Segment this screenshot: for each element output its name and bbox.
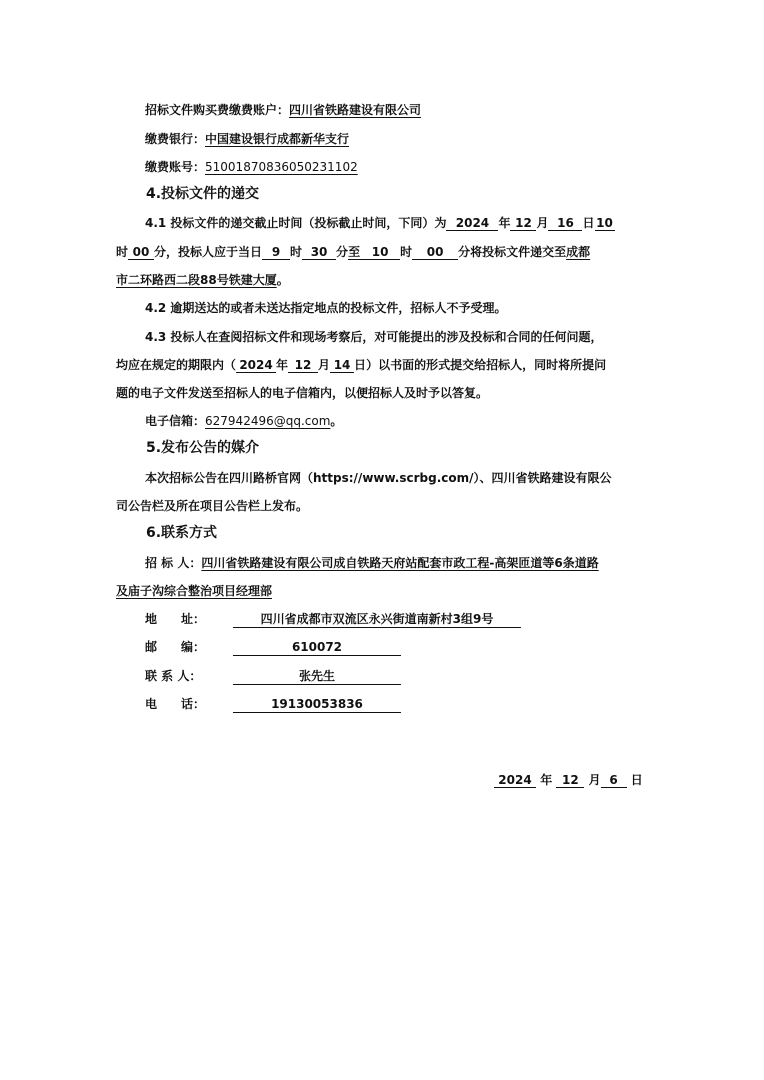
email-link[interactable]: 627942496@qq.com [205,414,330,428]
p41-to: 至 [348,245,360,259]
date-year-unit: 年 [540,773,552,787]
payment-bank-value: 中国建设银行成都新华支行 [205,132,349,146]
p41-start-hour: 9 [262,245,290,260]
p41-end-min: 00 [412,245,458,260]
p41-line3: 市二环路西二段88号铁建大厦。 [116,272,289,288]
p41-day: 16 [548,216,582,231]
p41-start-min: 30 [302,245,336,260]
p43-day: 14 [330,358,354,373]
p43-month: 12 [288,358,318,373]
signature-date: 2024 年 12 月6 日 [494,772,643,788]
p42: 4.2 逾期送达的或者未送达指定地点的投标文件，招标人不予受理。 [145,300,506,316]
person-label: 联 系 人： [145,668,233,684]
tenderer-value-2: 及庙子沟综合整治项目经理部 [116,584,272,598]
date-month-unit: 月 [589,773,601,787]
p41-month: 12 [510,216,536,231]
phone-label: 电 话： [145,696,233,712]
tenderer-label: 招 标 人： [145,556,201,570]
payment-account-line: 招标文件购买费缴费账户：四川省铁路建设有限公司 [145,102,421,118]
p41-end-hour: 10 [360,245,400,260]
p41-end: 。 [277,273,289,287]
p41-hour: 10 [595,216,615,231]
p43-month-unit: 月 [318,358,330,372]
p41-start-hour-unit: 时 [290,245,302,259]
p41-day-unit: 日 [582,216,594,230]
tenderer-line2: 及庙子沟综合整治项目经理部 [116,583,272,599]
p41-line2: 时00分，投标人应于当日9时30分至10时00分将投标文件递交至成都 [116,244,590,260]
contact-person: 联 系 人：张先生 [145,668,401,685]
phone-value: 19130053836 [233,696,401,713]
p41-month-unit: 月 [536,216,548,230]
section5-line1: 本次招标公告在四川路桥官网（https://www.scrbg.com/）、四川… [145,470,612,486]
p41-place-b: 市二环路西二段88号铁建大厦 [116,273,277,287]
p41-year: 2024 [446,216,498,231]
p43-year-unit: 年 [276,358,288,372]
address-value: 四川省成都市双流区永兴街道南新村3组9号 [233,611,521,628]
p43-day-unit: 日 [354,358,366,372]
contact-address: 地 址：四川省成都市双流区永兴街道南新村3组9号 [145,611,521,628]
p43-year: 2024 [236,358,276,373]
payment-number-line: 缴费账号：51001870836050231102 [145,159,358,175]
section5-heading: 5.发布公告的媒介 [146,440,259,456]
p41-line1: 4.1 投标文件的递交截止时间（投标截止时间，下同）为2024年12月16日10 [145,215,615,231]
section4-heading: 4.投标文件的递交 [146,186,259,202]
date-year: 2024 [494,773,536,788]
p41-year-unit: 年 [498,216,510,230]
p43-prefix: 均应在规定的期限内（ [116,358,236,372]
p41-tail: 分将投标文件递交至 [458,245,566,259]
p41-hour-unit: 时 [116,245,128,259]
payment-bank-label: 缴费银行： [145,132,205,146]
date-day: 6 [601,773,627,788]
payment-number-label: 缴费账号： [145,160,205,174]
payment-account-value: 四川省铁路建设有限公司 [289,103,421,117]
p43-line2: 均应在规定的期限内（2024年12月14日）以书面的形式提交给招标人，同时将所提… [116,357,606,373]
date-day-unit: 日 [631,773,643,787]
p41-place-a: 成都 [566,245,590,259]
section5-line2: 司公告栏及所在项目公告栏上发布。 [116,498,308,514]
email-line: 电子信箱：627942496@qq.com。 [145,413,342,429]
p41-minute: 00 [128,245,154,260]
address-label: 地 址： [145,611,233,627]
tenderer-value-1: 四川省铁路建设有限公司成自铁路天府站配套市政工程-高架匝道等6条道路 [201,556,598,570]
postcode-value: 610072 [233,639,401,656]
contact-phone: 电 话：19130053836 [145,696,401,713]
postcode-label: 邮 编： [145,639,233,655]
person-value: 张先生 [233,668,401,685]
payment-account-label: 招标文件购买费缴费账户： [145,103,289,117]
p43-line3: 题的电子文件发送至招标人的电子信箱内，以便招标人及时予以答复。 [116,385,488,401]
email-end: 。 [330,414,342,428]
payment-bank-line: 缴费银行：中国建设银行成都新华支行 [145,131,349,147]
tenderer-line1: 招 标 人：四川省铁路建设有限公司成自铁路天府站配套市政工程-高架匝道等6条道路 [145,555,599,571]
p41-end-hour-unit: 时 [400,245,412,259]
p43-suffix: ）以书面的形式提交给招标人，同时将所提问 [366,358,606,372]
p41-start-min-unit: 分 [336,245,348,259]
section6-heading: 6.联系方式 [146,525,217,541]
date-month: 12 [556,773,584,788]
email-label: 电子信箱： [145,414,205,428]
p41-text: 分，投标人应于当日 [154,245,262,259]
p41-prefix: 4.1 投标文件的递交截止时间（投标截止时间，下同）为 [145,216,446,230]
p43-line1: 4.3 投标人在查阅招标文件和现场考察后，对可能提出的涉及投标和合同的任何问题， [145,329,602,345]
payment-number-value: 51001870836050231102 [205,160,358,174]
contact-postcode: 邮 编：610072 [145,639,401,656]
